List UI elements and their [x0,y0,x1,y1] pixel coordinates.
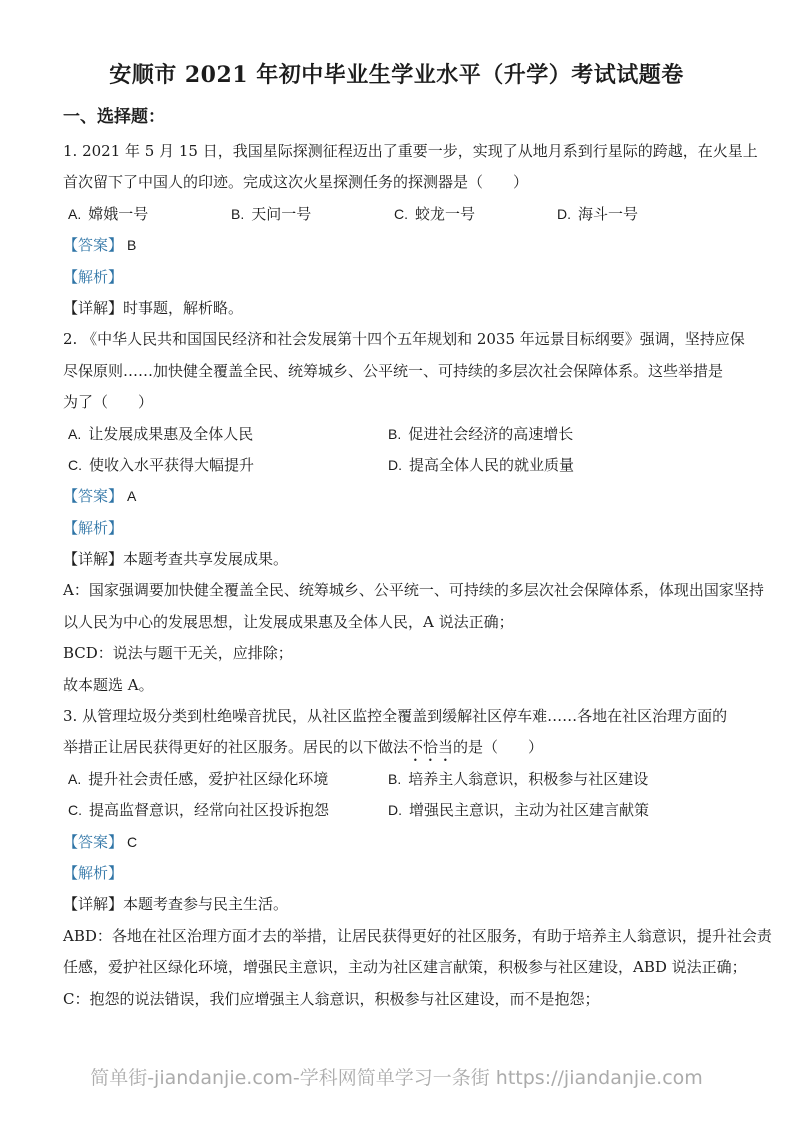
answer-label: 【答案】 [63,833,123,851]
q3-stem-line-2: 举措正让居民获得更好的社区服务。居民的以下做法不恰当的是（ ） [63,732,735,763]
q2-stem-line-1: 2. 《中华人民共和国国民经济和社会发展第十四个五年规划和 2035 年远景目标… [63,324,735,355]
option-text: 提高全体人民的就业质量 [409,456,574,474]
answer-value: A [127,488,136,504]
q3-answer-line: 【答案】C [63,827,735,858]
q2-detail-more-1: A：国家强调要加快健全覆盖全民、统筹城乡、公平统一、可持续的多层次社会保障体系，… [63,575,735,606]
option-text: 使收入水平获得大幅提升 [89,456,254,474]
option-key: D. [557,206,571,222]
answer-value: B [127,237,136,253]
option-text: 天问一号 [251,205,311,223]
option-key: C. [68,802,82,818]
option-key: B. [388,771,401,787]
stem-text: 的是（ ） [453,738,543,756]
q1-option-b: B.天问一号 [231,199,394,230]
option-text: 提高监督意识，经常向社区投诉抱怨 [89,801,329,819]
option-text: 嫦娥一号 [88,205,148,223]
q2-option-c: C.使收入水平获得大幅提升 [68,450,388,481]
q1-option-d: D.海斗一号 [557,199,638,230]
q1-detail-line: 【详解】时事题，解析略。 [63,293,735,324]
option-key: D. [388,457,402,473]
page-title: 安顺市 2021 年初中毕业生学业水平（升学）考试试题卷 [0,58,793,89]
detail-label: 【详解】 [63,550,123,568]
q1-option-a: A.嫦娥一号 [68,199,231,230]
option-key: B. [388,426,401,442]
q1-analysis-line: 【解析】 [63,262,735,293]
q3-options-row-2: C.提高监督意识，经常向社区投诉抱怨D.增强民主意识，主动为社区建言献策 [63,795,735,826]
analysis-label: 【解析】 [63,268,123,286]
q2-analysis-line: 【解析】 [63,513,735,544]
q2-detail-more-2: 以人民为中心的发展思想，让发展成果惠及全体人民，A 说法正确； [63,607,735,638]
q2-option-d: D.提高全体人民的就业质量 [388,450,574,481]
q3-options-row-1: A.提升社会责任感，爱护社区绿化环境B.培养主人翁意识，积极参与社区建设 [63,764,735,795]
q3-detail-more-1: ABD：各地在社区治理方面才去的举措，让居民获得更好的社区服务，有助于培养主人翁… [63,921,735,952]
q2-detail-more-3: BCD：说法与题干无关，应排除； [63,638,735,669]
option-text: 海斗一号 [578,205,638,223]
q1-stem-line-2: 首次留下了中国人的印迹。完成这次火星探测任务的探测器是（ ） [63,167,735,198]
q3-analysis-line: 【解析】 [63,858,735,889]
emphasized-text: 不恰当 [408,738,453,756]
q2-option-b: B.促进社会经济的高速增长 [388,419,573,450]
q2-options-row-1: A.让发展成果惠及全体人民B.促进社会经济的高速增长 [63,419,735,450]
option-text: 提升社会责任感，爱护社区绿化环境 [88,770,328,788]
q3-detail-more-3: C：抱怨的说法错误，我们应增强主人翁意识，积极参与社区建设，而不是抱怨； [63,984,735,1015]
q3-detail-more-2: 任感，爱护社区绿化环境，增强民主意识，主动为社区建言献策，积极参与社区建设，AB… [63,952,735,983]
option-key: A. [68,771,81,787]
q2-detail-more-4: 故本题选 A。 [63,670,735,701]
option-text: 促进社会经济的高速增长 [408,425,573,443]
detail-text: 时事题，解析略。 [123,299,243,317]
answer-label: 【答案】 [63,236,123,254]
exam-content: 1. 2021 年 5 月 15 日，我国星际探测征程迈出了重要一步，实现了从地… [63,136,735,1015]
q2-stem-line-2: 尽保原则……加快健全覆盖全民、统筹城乡、公平统一、可持续的多层次社会保障体系。这… [63,356,735,387]
exam-paper-page: 安顺市 2021 年初中毕业生学业水平（升学）考试试题卷 一、选择题： 1. 2… [0,0,793,1122]
stem-text: 举措正让居民获得更好的社区服务。居民的以下做法 [63,738,408,756]
detail-label: 【详解】 [63,895,123,913]
analysis-label: 【解析】 [63,864,123,882]
q2-option-a: A.让发展成果惠及全体人民 [68,419,388,450]
option-text: 培养主人翁意识，积极参与社区建设 [408,770,648,788]
option-key: C. [394,206,408,222]
q3-option-c: C.提高监督意识，经常向社区投诉抱怨 [68,795,388,826]
option-key: C. [68,457,82,473]
answer-label: 【答案】 [63,487,123,505]
watermark-footer: 简单街-jiandanjie.com-学科网简单学习一条街 https://ji… [0,1063,793,1090]
q3-option-d: D.增强民主意识，主动为社区建言献策 [388,795,649,826]
q2-answer-line: 【答案】A [63,481,735,512]
option-key: D. [388,802,402,818]
analysis-label: 【解析】 [63,519,123,537]
answer-value: C [127,834,137,850]
q3-stem-line-1: 3. 从管理垃圾分类到杜绝噪音扰民，从社区监控全覆盖到缓解社区停车难……各地在社… [63,701,735,732]
q3-option-b: B.培养主人翁意识，积极参与社区建设 [388,764,648,795]
q2-detail-line: 【详解】本题考查共享发展成果。 [63,544,735,575]
option-text: 蛟龙一号 [415,205,475,223]
option-text: 让发展成果惠及全体人民 [88,425,253,443]
q2-stem-line-3: 为了（ ） [63,387,735,418]
q3-detail-line: 【详解】本题考查参与民主生活。 [63,889,735,920]
q1-stem-line-1: 1. 2021 年 5 月 15 日，我国星际探测征程迈出了重要一步，实现了从地… [63,136,735,167]
section-heading: 一、选择题： [63,102,165,127]
detail-label: 【详解】 [63,299,123,317]
q1-option-c: C.蛟龙一号 [394,199,557,230]
q2-options-row-2: C.使收入水平获得大幅提升D.提高全体人民的就业质量 [63,450,735,481]
q3-option-a: A.提升社会责任感，爱护社区绿化环境 [68,764,388,795]
option-text: 增强民主意识，主动为社区建言献策 [409,801,649,819]
option-key: B. [231,206,244,222]
q1-answer-line: 【答案】B [63,230,735,261]
q1-options-row: A.嫦娥一号B.天问一号C.蛟龙一号D.海斗一号 [63,199,735,230]
option-key: A. [68,426,81,442]
detail-text: 本题考查共享发展成果。 [123,550,288,568]
option-key: A. [68,206,81,222]
detail-text: 本题考查参与民主生活。 [123,895,288,913]
